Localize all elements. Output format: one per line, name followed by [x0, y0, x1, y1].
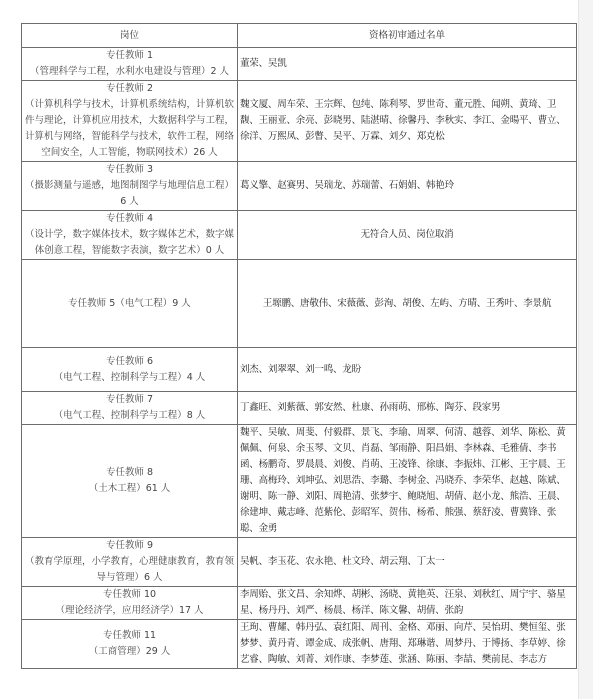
post-cell: 专任教师 9（教育学原理，小学教育，心理健康教育，教育领导与管理）6 人	[22, 538, 238, 587]
post-cell: 专任教师 11（工商管理）29 人	[22, 620, 238, 669]
post-detail: （电气工程、控制科学与工程）4 人	[24, 370, 235, 386]
post-cell: 专任教师 6（电气工程、控制科学与工程）4 人	[22, 348, 238, 392]
post-detail: （土木工程）61 人	[24, 481, 235, 497]
post-title: 专任教师 4	[24, 211, 235, 227]
table-row: 专任教师 10（理论经济学，应用经济学）17 人李周贻、张文昌、余知烨、胡彬、汤…	[22, 587, 577, 620]
passed-names-cell: 魏文厦、周车荣、王宗辉、包纯、陈利琴、罗世奇、董元胜、闻朔、黄琦、卫馥、王丽亚、…	[238, 81, 577, 162]
post-title: 专任教师 8	[24, 465, 235, 481]
post-detail: （设计学，数字媒体技术，数字媒体艺术，数字媒体创意工程，智能数字表演，数字艺术）…	[24, 227, 235, 259]
post-cell: 专任教师 7（电气工程、控制科学与工程）8 人	[22, 392, 238, 425]
post-title: 专任教师 6	[24, 354, 235, 370]
post-detail: （摄影测量与遥感，地图制图学与地理信息工程）6 人	[24, 178, 235, 210]
post-detail: （管理科学与工程，水利水电建设与管理）2 人	[24, 64, 235, 80]
table-row: 专任教师 6（电气工程、控制科学与工程）4 人刘杰、刘翠翠、刘一鸣、龙盼	[22, 348, 577, 392]
post-cell: 专任教师 5（电气工程）9 人	[22, 260, 238, 348]
qualification-roster-table: 岗位 资格初审通过名单 专任教师 1（管理科学与工程，水利水电建设与管理）2 人…	[21, 23, 577, 669]
passed-names-cell: 王塬鹏、唐敬伟、宋薇薇、彭洵、胡俊、左屿、方晴、王秀叶、李景航	[238, 260, 577, 348]
post-detail: （教育学原理，小学教育，心理健康教育，教育领导与管理）6 人	[24, 554, 235, 586]
table-row: 专任教师 1（管理科学与工程，水利水电建设与管理）2 人董荣、吴凯	[22, 48, 577, 81]
post-title: 专任教师 10	[24, 587, 235, 603]
passed-names-cell: 王珣、曹耀、韩丹弘、袁红阳、周刊、金格、邓丽、向芹、吴怡玥、樊恒玺、张梦梦、黄丹…	[238, 620, 577, 669]
passed-names-cell: 丁鑫旺、刘紫薇、郭安然、杜康、孙雨萌、邢栋、陶芬、段家男	[238, 392, 577, 425]
post-title: 专任教师 11	[24, 628, 235, 644]
passed-names-cell: 刘杰、刘翠翠、刘一鸣、龙盼	[238, 348, 577, 392]
header-names: 资格初审通过名单	[238, 24, 577, 48]
post-title: 专任教师 3	[24, 162, 235, 178]
post-detail: （工商管理）29 人	[24, 644, 235, 660]
post-cell: 专任教师 3（摄影测量与遥感，地图制图学与地理信息工程）6 人	[22, 162, 238, 211]
table-row: 专任教师 8（土木工程）61 人魏平、吴敏、周斐、付毅群、景飞、李瑜、周翠、何清…	[22, 425, 577, 538]
table-body: 专任教师 1（管理科学与工程，水利水电建设与管理）2 人董荣、吴凯专任教师 2（…	[22, 48, 577, 669]
post-title: 专任教师 1	[24, 48, 235, 64]
passed-names-cell: 董荣、吴凯	[238, 48, 577, 81]
passed-names-cell: 无符合人员、岗位取消	[238, 211, 577, 260]
table-row: 专任教师 11（工商管理）29 人王珣、曹耀、韩丹弘、袁红阳、周刊、金格、邓丽、…	[22, 620, 577, 669]
post-detail: （电气工程、控制科学与工程）8 人	[24, 408, 235, 424]
table-row: 专任教师 7（电气工程、控制科学与工程）8 人丁鑫旺、刘紫薇、郭安然、杜康、孙雨…	[22, 392, 577, 425]
passed-names-cell: 葛义擎、赵赛男、吴瑞龙、苏瑞蕾、石娟娟、韩艳玲	[238, 162, 577, 211]
header-post: 岗位	[22, 24, 238, 48]
table-row: 专任教师 3（摄影测量与遥感，地图制图学与地理信息工程）6 人葛义擎、赵赛男、吴…	[22, 162, 577, 211]
post-title: 专任教师 2	[24, 81, 235, 97]
post-cell: 专任教师 1（管理科学与工程，水利水电建设与管理）2 人	[22, 48, 238, 81]
passed-names-cell: 魏平、吴敏、周斐、付毅群、景飞、李瑜、周翠、何清、越蓉、刘华、陈松、黄佩佩、何泉…	[238, 425, 577, 538]
post-cell: 专任教师 4（设计学，数字媒体技术，数字媒体艺术，数字媒体创意工程，智能数字表演…	[22, 211, 238, 260]
page-margin-strip	[578, 0, 593, 699]
table-row: 专任教师 2（计算机科学与技术，计算机系统结构，计算机软件与理论，计算机应用技术…	[22, 81, 577, 162]
passed-names-cell: 李周贻、张文昌、余知烨、胡彬、汤晓、黄艳英、汪泉、刘秋红、周宁宇、骆星星、杨丹丹…	[238, 587, 577, 620]
post-detail: （计算机科学与技术，计算机系统结构，计算机软件与理论，计算机应用技术，大数据科学…	[24, 97, 235, 161]
post-title: 专任教师 9	[24, 538, 235, 554]
post-detail: （理论经济学，应用经济学）17 人	[24, 603, 235, 619]
post-cell: 专任教师 8（土木工程）61 人	[22, 425, 238, 538]
passed-names-cell: 吴帆、李玉花、农永艳、杜文玲、胡云翔、丁太一	[238, 538, 577, 587]
table-header-row: 岗位 资格初审通过名单	[22, 24, 577, 48]
table-row: 专任教师 5（电气工程）9 人王塬鹏、唐敬伟、宋薇薇、彭洵、胡俊、左屿、方晴、王…	[22, 260, 577, 348]
post-cell: 专任教师 2（计算机科学与技术，计算机系统结构，计算机软件与理论，计算机应用技术…	[22, 81, 238, 162]
post-title: 专任教师 5（电气工程）9 人	[24, 296, 235, 312]
table-row: 专任教师 4（设计学，数字媒体技术，数字媒体艺术，数字媒体创意工程，智能数字表演…	[22, 211, 577, 260]
post-cell: 专任教师 10（理论经济学，应用经济学）17 人	[22, 587, 238, 620]
table-row: 专任教师 9（教育学原理，小学教育，心理健康教育，教育领导与管理）6 人吴帆、李…	[22, 538, 577, 587]
post-title: 专任教师 7	[24, 392, 235, 408]
